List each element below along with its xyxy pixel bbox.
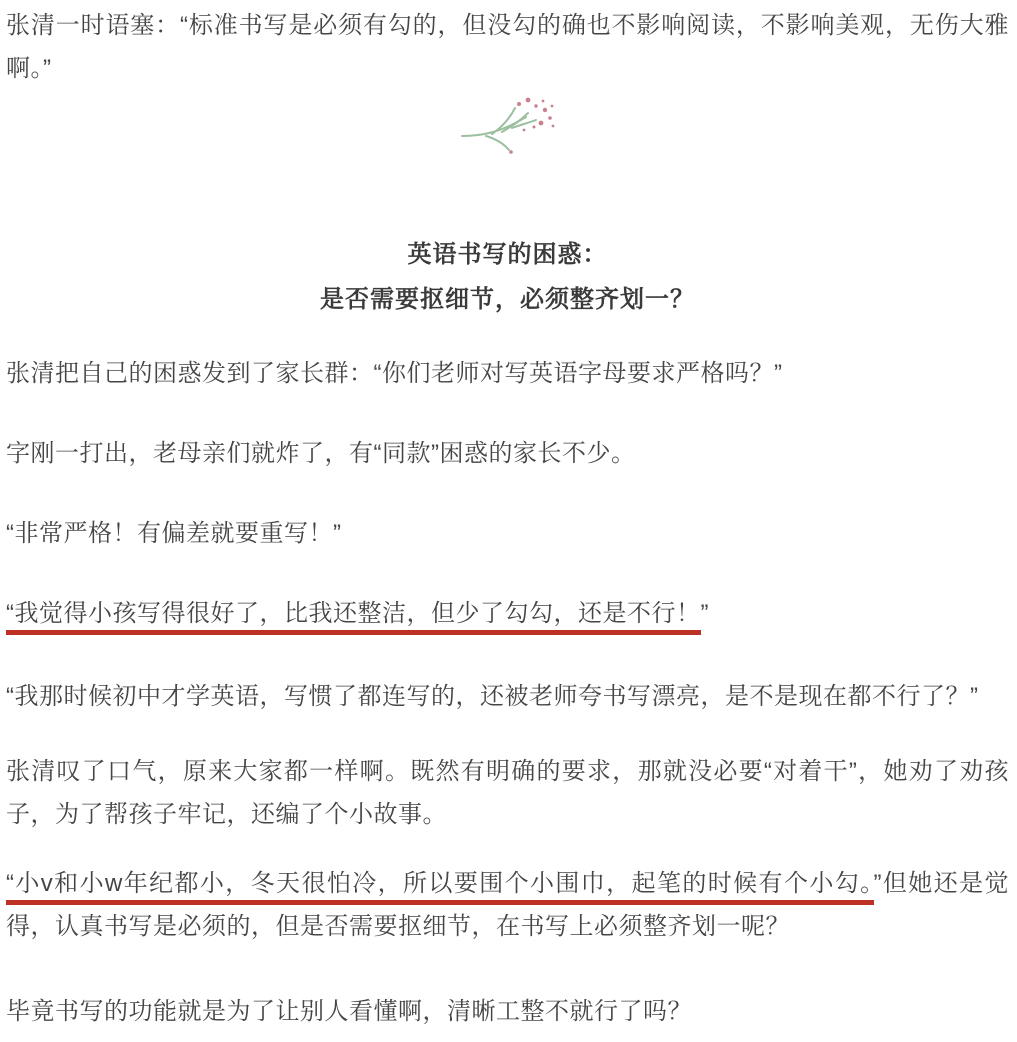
red-underlined-text: “我觉得小孩写得很好了，比我还整洁，但少了勾勾，还是不行！ xyxy=(6,600,701,635)
section-heading-line2: 是否需要抠细节，必须整齐划一？ xyxy=(6,277,1009,322)
paragraph-quote-neat: “我觉得小孩写得很好了，比我还整洁，但少了勾勾，还是不行！” xyxy=(6,592,1009,635)
quote-close: ” xyxy=(701,600,710,627)
section-divider xyxy=(6,96,1009,154)
paragraph-sigh: 张清叹了口气，原来大家都一样啊。既然有明确的要求，那就没必要“对着干”，她劝了劝… xyxy=(6,750,1009,836)
paragraph-question-to-group: 张清把自己的困惑发到了家长群：“你们老师对写英语字母要求严格吗？” xyxy=(6,352,1009,395)
paragraph-group-reaction: 字刚一打出，老母亲们就炸了，有“同款”困惑的家长不少。 xyxy=(6,432,1009,475)
floral-sprig-icon xyxy=(458,141,558,158)
section-heading-line1: 英语书写的困惑： xyxy=(6,232,1009,277)
section-heading: 英语书写的困惑： 是否需要抠细节，必须整齐划一？ xyxy=(6,232,1009,322)
paragraph-quote-cursive: “我那时候初中才学英语，写惯了都连写的，还被老师夸书写漂亮，是不是现在都不行了？… xyxy=(6,675,1009,718)
paragraph-quote-strict: “非常严格！有偏差就要重写！” xyxy=(6,512,1009,555)
red-underlined-text: “小v和小w年纪都小，冬天很怕冷，所以要围个小围巾，起笔的时候有个小勾。 xyxy=(6,870,874,905)
paragraph-intro: 张清一时语塞：“标准书写是必须有勾的，但没勾的确也不影响阅读，不影响美观，无伤大… xyxy=(6,4,1009,90)
paragraph-story: “小v和小w年纪都小，冬天很怕冷，所以要围个小围巾，起笔的时候有个小勾。”但她还… xyxy=(6,862,1009,948)
article-page: 张清一时语塞：“标准书写是必须有勾的，但没勾的确也不影响阅读，不影响美观，无伤大… xyxy=(0,0,1017,1042)
paragraph-conclusion: 毕竟书写的功能就是为了让别人看懂啊，清晰工整不就行了吗？ xyxy=(6,990,1009,1033)
